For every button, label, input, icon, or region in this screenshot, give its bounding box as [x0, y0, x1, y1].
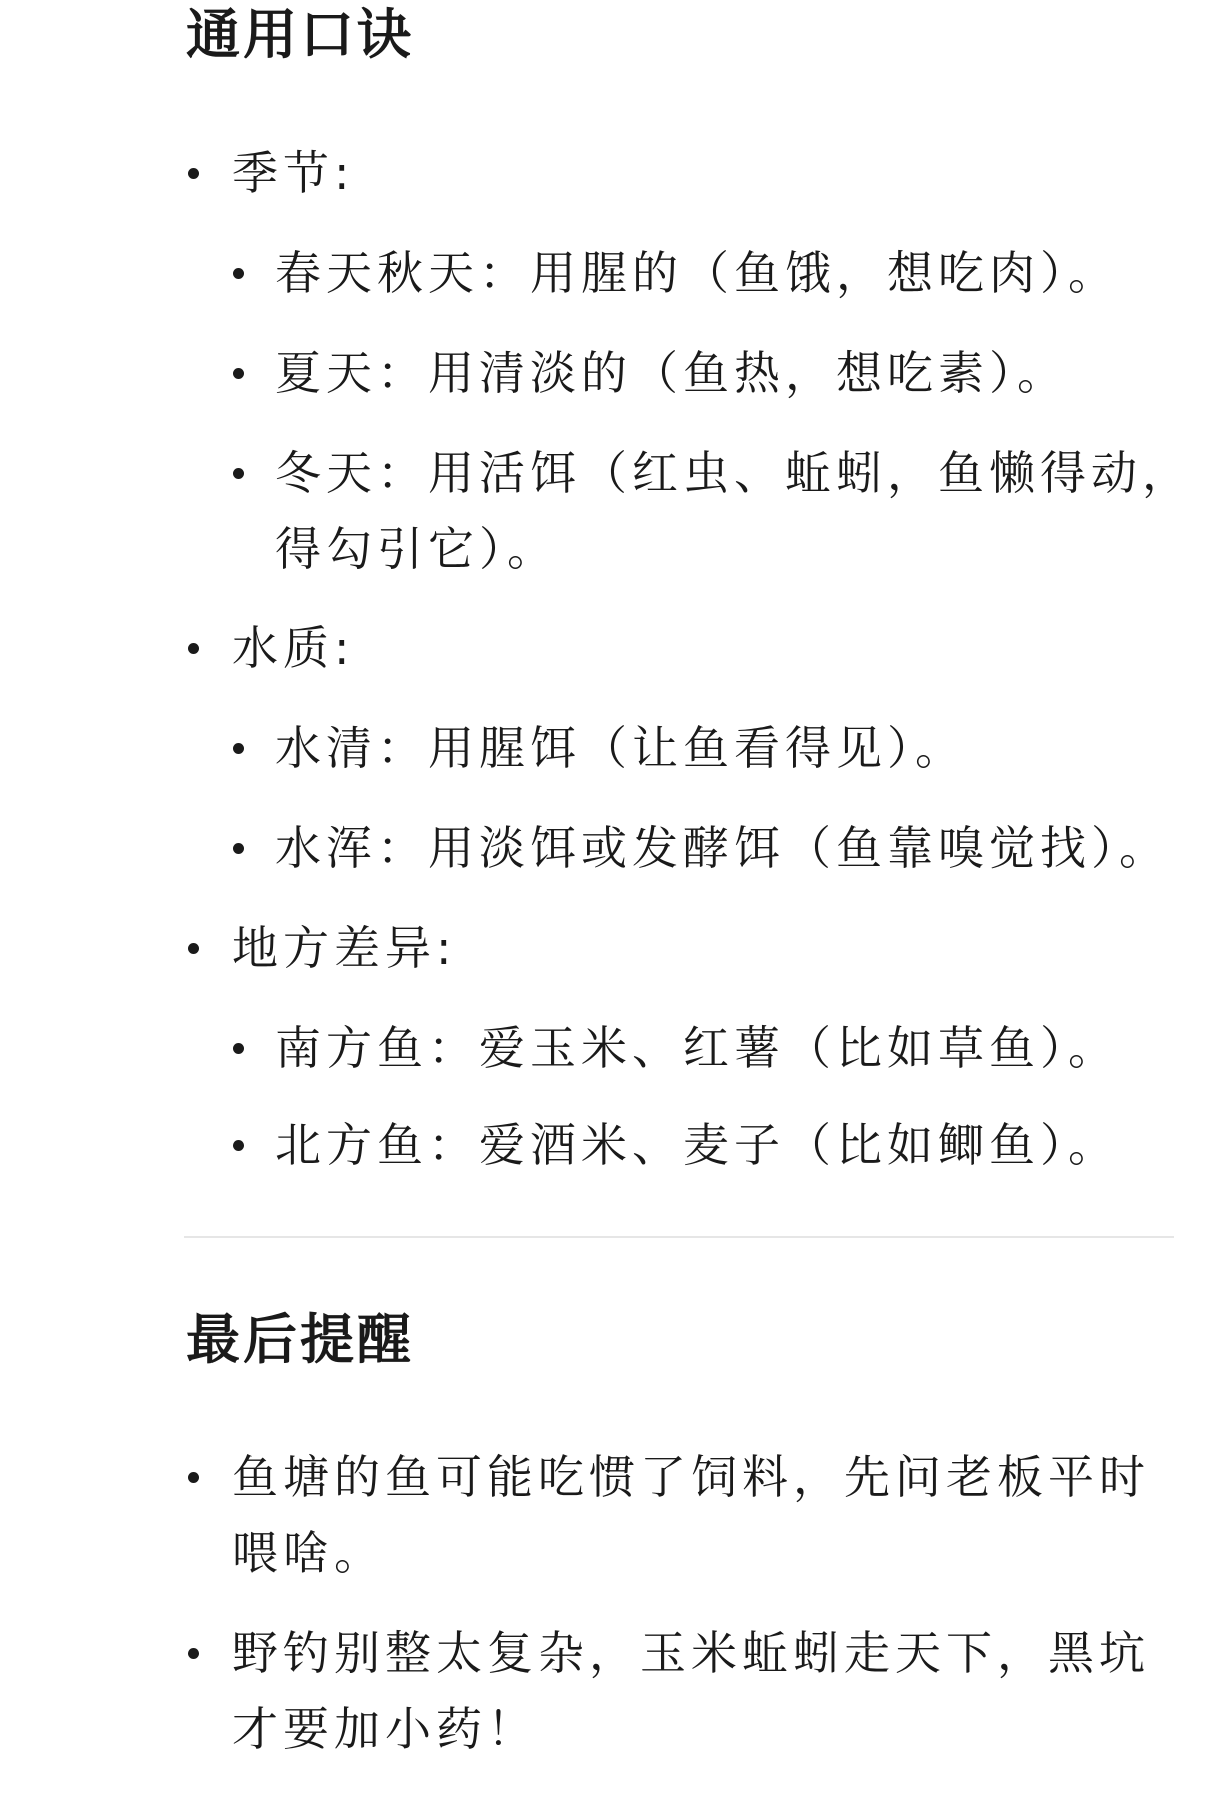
bullet-icon [233, 468, 244, 479]
list-item-pond-fish-continued: 喂啥。 [232, 1515, 385, 1591]
list-item-water-label: 水质: [232, 610, 355, 686]
bullet-icon [188, 168, 199, 179]
list-item-season-label: 季节: [232, 135, 355, 211]
section-divider [184, 1236, 1174, 1238]
bullet-icon [188, 643, 199, 654]
bullet-icon [188, 1472, 199, 1483]
list-item-pond-fish: 鱼塘的鱼可能吃惯了饲料，先问老板平时 [232, 1439, 1150, 1515]
bullet-icon [233, 1043, 244, 1054]
list-item-wild-fishing-continued: 才要加小药！ [232, 1691, 538, 1767]
bullet-icon [233, 268, 244, 279]
list-item-wild-fishing: 野钓别整太复杂，玉米蚯蚓走天下，黑坑 [232, 1615, 1150, 1691]
document: 通用口诀 季节: 春天秋天：用腥的（鱼饿，想吃肉）。 夏天：用清淡的（鱼热，想吃… [0, 0, 1220, 1798]
bullet-icon [188, 943, 199, 954]
list-item-summer: 夏天：用清淡的（鱼热，想吃素）。 [275, 335, 1068, 411]
bullet-icon [233, 1140, 244, 1151]
list-item-muddy-water: 水浑：用淡饵或发酵饵（鱼靠嗅觉找）。 [275, 810, 1170, 886]
list-item-clear-water: 水清：用腥饵（让鱼看得见）。 [275, 710, 966, 786]
bullet-icon [188, 1648, 199, 1659]
list-item-winter: 冬天：用活饵（红虫、蚯蚓，鱼懒得动， [275, 435, 1193, 511]
list-item-region-label: 地方差异: [232, 910, 457, 986]
list-item-southern-fish: 南方鱼：爱玉米、红薯（比如草鱼）。 [275, 1010, 1119, 1086]
list-item-spring-autumn: 春天秋天：用腥的（鱼饿，想吃肉）。 [275, 235, 1119, 311]
bullet-icon [233, 843, 244, 854]
list-item-northern-fish: 北方鱼：爱酒米、麦子（比如鲫鱼）。 [275, 1107, 1119, 1183]
list-item-winter-continued: 得勾引它）。 [275, 511, 558, 587]
section-title-final-reminders: 最后提醒 [186, 1308, 414, 1372]
bullet-icon [233, 368, 244, 379]
bullet-icon [233, 743, 244, 754]
section-title-general-tips: 通用口诀 [186, 3, 414, 67]
